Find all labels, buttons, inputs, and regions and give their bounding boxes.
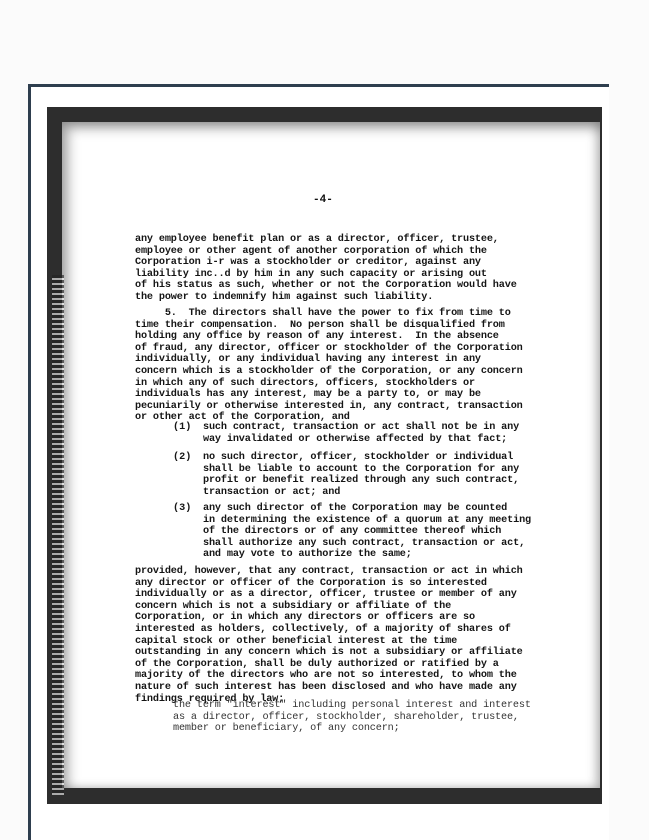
- paragraph-continuation: any employee benefit plan or as a direct…: [135, 234, 517, 304]
- page-number: -4-: [313, 194, 333, 206]
- paragraph-interest-definition: the term "interest" including personal i…: [173, 700, 531, 735]
- item-text-1: such contract, transaction or act shall …: [203, 422, 519, 445]
- item-text-3: any such director of the Corporation may…: [203, 503, 531, 561]
- item-number-3: (3): [173, 503, 191, 514]
- paragraph-section-5: 5. The directors shall have the power to…: [135, 308, 523, 424]
- paragraph-provided: provided, however, that any contract, tr…: [135, 566, 523, 705]
- scan-edge-artifact: [52, 275, 64, 795]
- item-number-2: (2): [173, 452, 191, 463]
- item-text-2: no such director, officer, stockholder o…: [203, 452, 519, 498]
- item-number-1: (1): [173, 422, 191, 433]
